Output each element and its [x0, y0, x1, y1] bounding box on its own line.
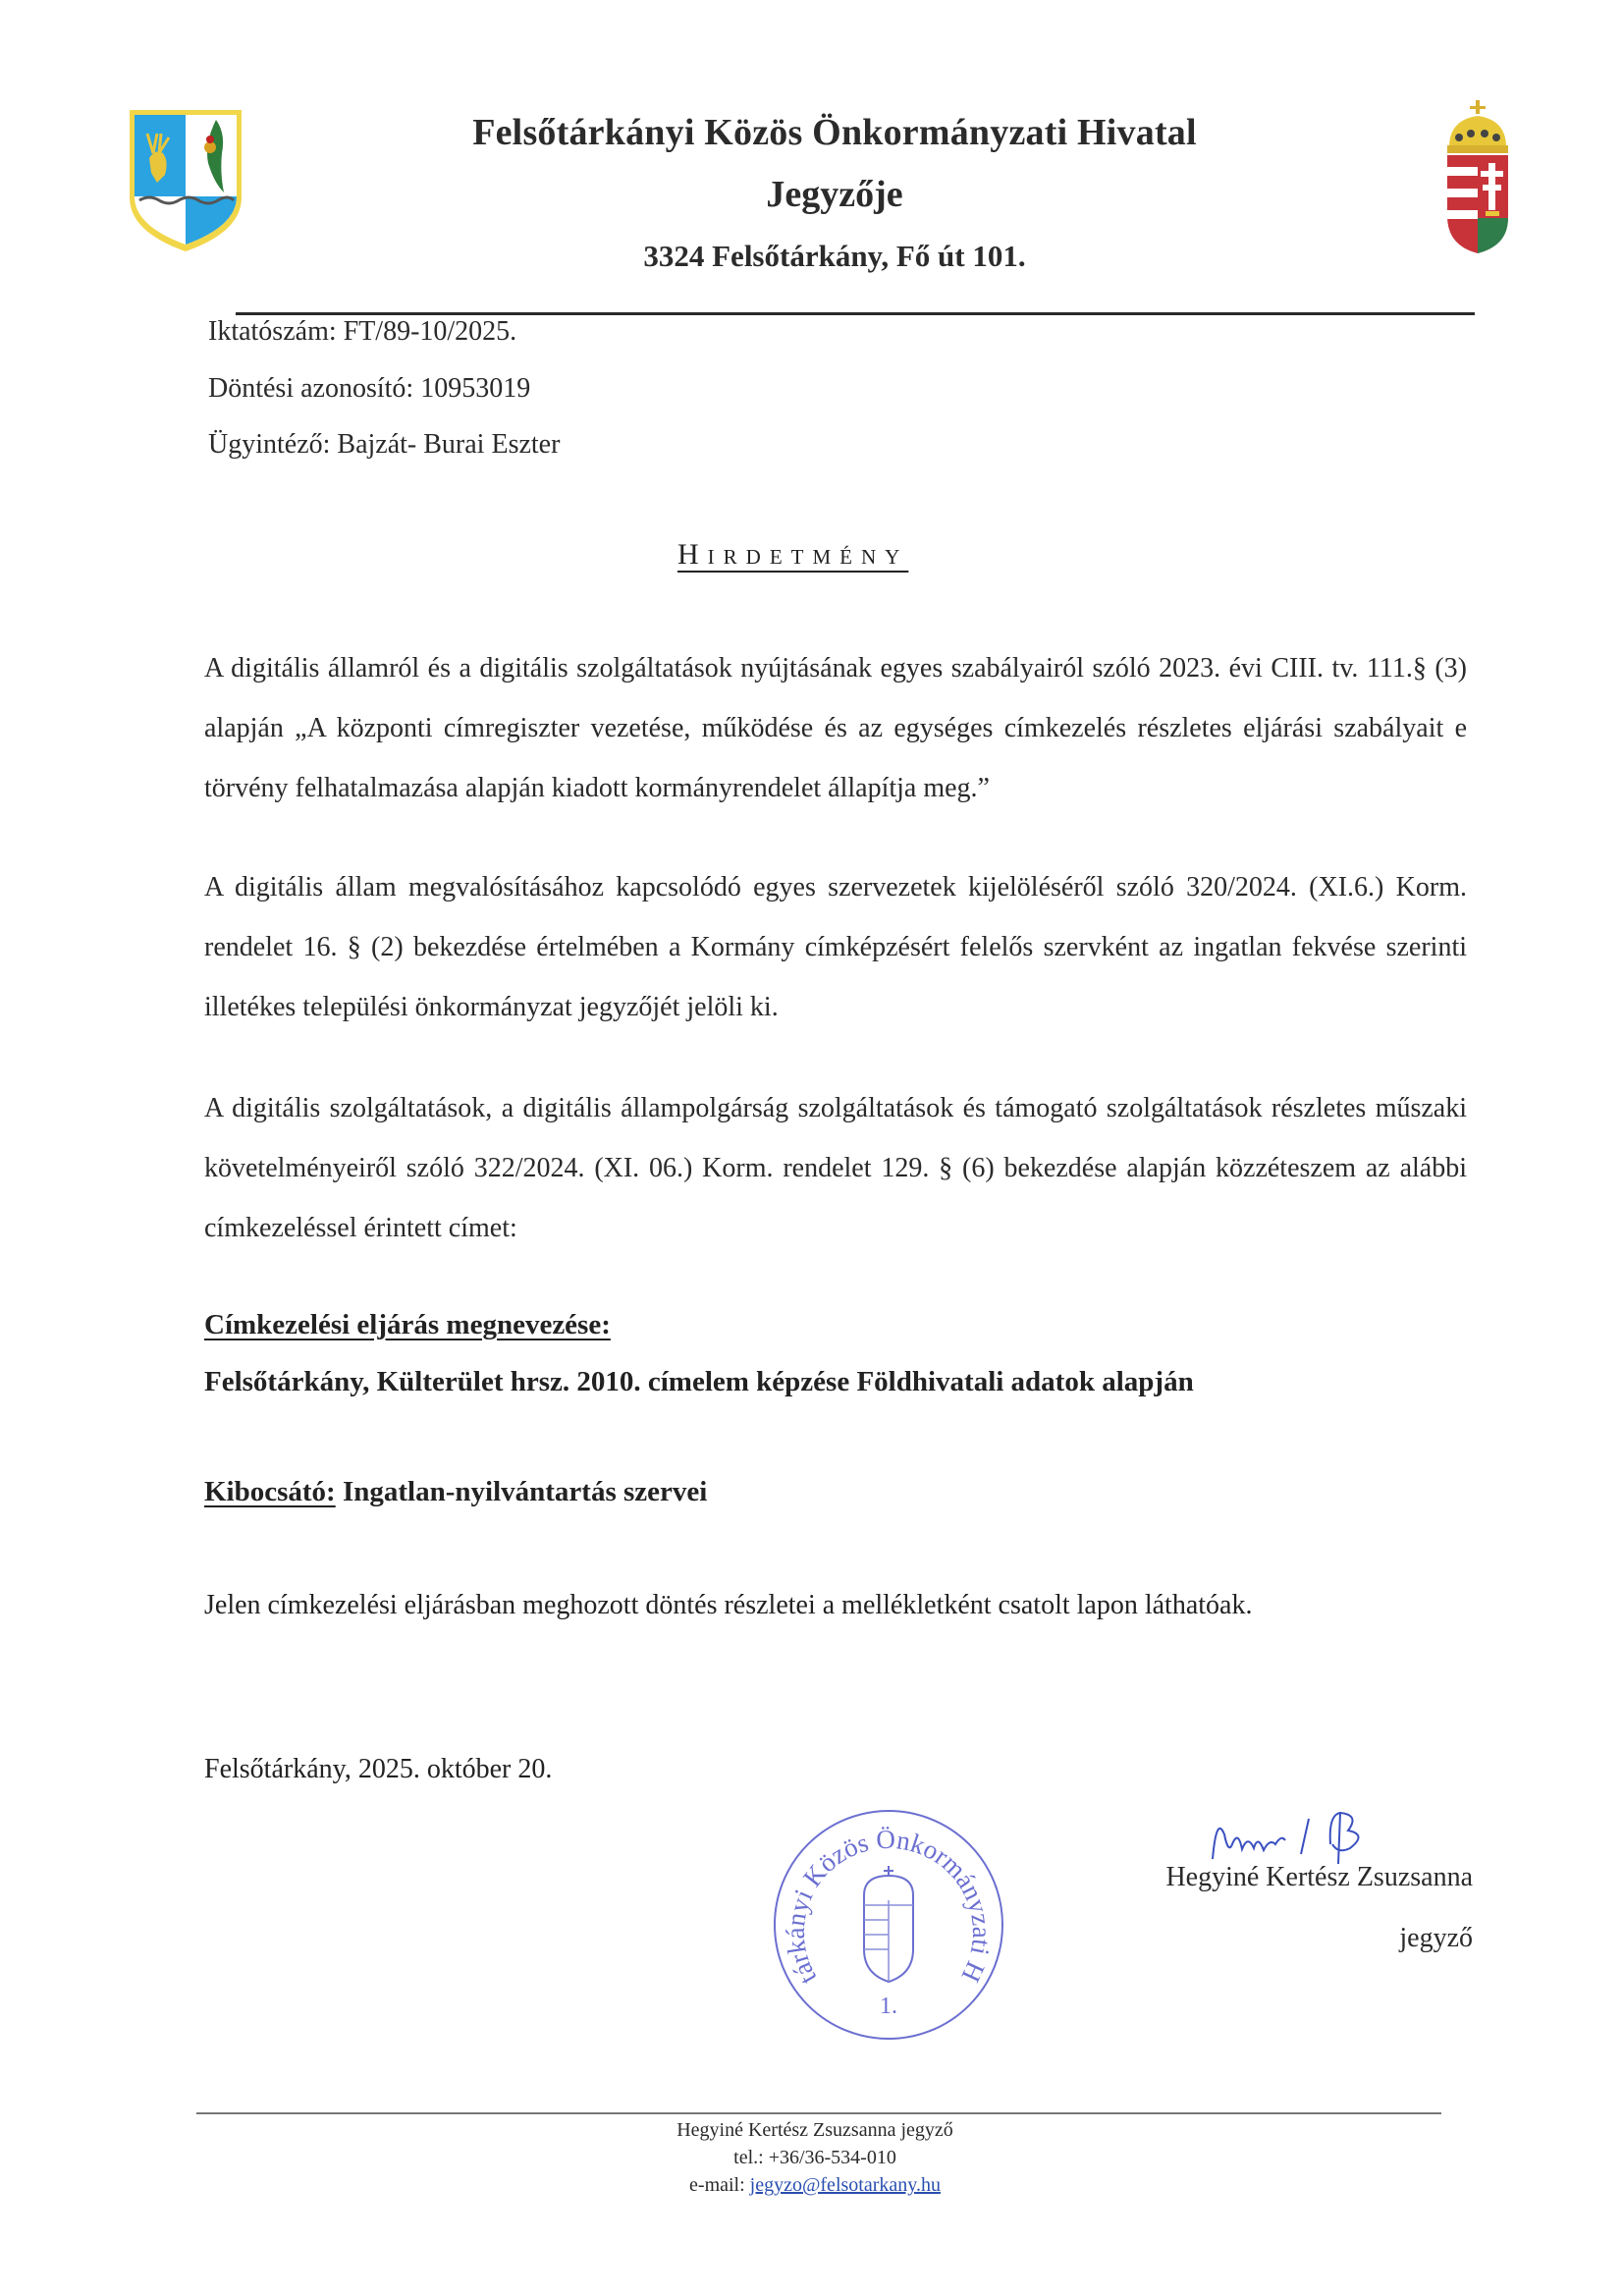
procedure-label: Címkezelési eljárás megnevezése: [204, 1309, 611, 1341]
closing-statement: Jelen címkezelési eljárásban meghozott d… [204, 1590, 1252, 1621]
procedure-value: Felsőtárkány, Külterület hrsz. 2010. cím… [204, 1366, 1194, 1398]
felsotarkany-coat-of-arms-icon [126, 104, 245, 253]
office-address: 3324 Felsőtárkány, Fő út 101. [295, 239, 1375, 274]
hungary-coat-of-arms-icon [1441, 98, 1514, 255]
header-divider [236, 312, 1475, 315]
footer-email-link[interactable]: jegyzo@felsotarkany.hu [750, 2174, 941, 2196]
notice-heading: Hirdetmény [677, 538, 992, 572]
paragraph-designation: A digitális állam megvalósításához kapcs… [204, 857, 1467, 1037]
stamp-emblem-icon [864, 1866, 913, 1982]
issuer-label: Kibocsátó: [204, 1476, 336, 1507]
stamp-number: 1. [880, 1994, 897, 2019]
issuer-value: Ingatlan-nyilvántartás szervei [336, 1476, 708, 1507]
footer-phone: tel.: +36/36-534-010 [393, 2147, 1237, 2169]
office-title: Felsőtárkányi Közös Önkormányzati Hivata… [295, 111, 1375, 154]
signatory-title: jegyző [1276, 1923, 1473, 1954]
decision-id: Döntési azonosító: 10953019 [208, 373, 530, 405]
official-stamp: Felsőtárkányi Közös Önkormányzati Hivata… [771, 1807, 1006, 2043]
office-subtitle: Jegyzője [295, 173, 1375, 216]
issuer-line: Kibocsátó: Ingatlan-nyilvántartás szerve… [204, 1476, 707, 1508]
stamp-text: Felsőtárkányi Közös Önkormányzati Hivata… [771, 1807, 997, 1990]
footer-name: Hegyiné Kertész Zsuzsanna jegyző [393, 2119, 1237, 2142]
footer-email-line: e-mail: jegyzo@felsotarkany.hu [393, 2174, 1237, 2197]
case-administrator: Ügyintéző: Bajzát- Burai Eszter [208, 429, 560, 461]
svg-text:Felsőtárkányi Közös Önkormányz: Felsőtárkányi Közös Önkormányzati Hivata… [771, 1807, 997, 1990]
place-and-date: Felsőtárkány, 2025. október 20. [204, 1754, 552, 1785]
paragraph-publication: A digitális szolgáltatások, a digitális … [204, 1078, 1467, 1258]
signatory-name: Hegyiné Kertész Zsuzsanna [1090, 1862, 1473, 1893]
footer-email-label: e-mail: [689, 2174, 750, 2196]
paragraph-legal-basis: A digitális államról és a digitális szol… [204, 638, 1467, 818]
footer-divider [196, 2112, 1441, 2114]
registration-number: Iktatószám: FT/89-10/2025. [208, 316, 516, 348]
